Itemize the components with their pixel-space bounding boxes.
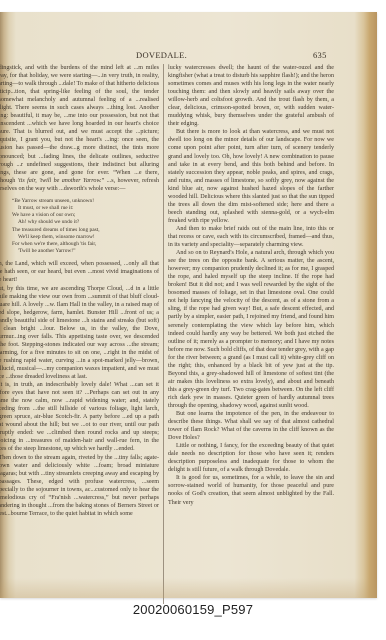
image-caption: 20020060159_P597 (0, 602, 386, 617)
paragraph: And so on to Reynard's Hole, a natural a… (168, 249, 334, 410)
paragraph: Little or nothing, I fancy, for the exce… (168, 442, 334, 474)
verse-line: Ah! why should we undo it? (12, 219, 159, 226)
running-head: DOVEDALE. 635 (0, 50, 340, 62)
paragraph: ...h, the Land, which will exceed, when … (0, 260, 159, 284)
verse-line: We'll keep them, winsome marrow! (12, 234, 159, 241)
verse-line: The treasured dreams of times long past, (12, 227, 159, 234)
verse-line: We have a vision of our own; (12, 212, 159, 219)
paragraph: But there is more to look at than waterc… (168, 128, 334, 225)
verse-line: “Be Yarrow stream unseen, unknown! (12, 198, 159, 205)
paragraph: ...ut, by this time, we are ascending Th… (0, 285, 159, 382)
verse-line: 'Twill be another Yarrow!” (12, 248, 159, 255)
paragraph: lucky watercresses dwell; the haunt of t… (168, 64, 334, 128)
paragraph: And then to make brief raids out of the … (168, 225, 334, 249)
running-title: DOVEDALE. (136, 50, 187, 60)
left-column: ...dingstick, and with the burdens of th… (0, 64, 159, 604)
paragraph: It is good for us, sometimes, for a whil… (168, 474, 334, 506)
page-number: 635 (313, 50, 327, 60)
paragraph: ...dingstick, and with the burdens of th… (0, 64, 159, 193)
column-rule (163, 64, 164, 604)
right-column: lucky watercresses dwell; the haunt of t… (168, 64, 334, 604)
verse-line: For when we're there, although 'tis fair… (12, 241, 159, 248)
paragraph: But one learns the impotence of the pen,… (168, 410, 334, 442)
paragraph: ...Then down to the stream again, rivete… (0, 454, 159, 518)
verse-quotation: “Be Yarrow stream unseen, unknown! It mu… (12, 198, 159, 256)
paragraph: ...It is, in truth, an indescribably lov… (0, 381, 159, 453)
scanned-book-page: DOVEDALE. 635 ...dingstick, and with the… (0, 12, 377, 598)
